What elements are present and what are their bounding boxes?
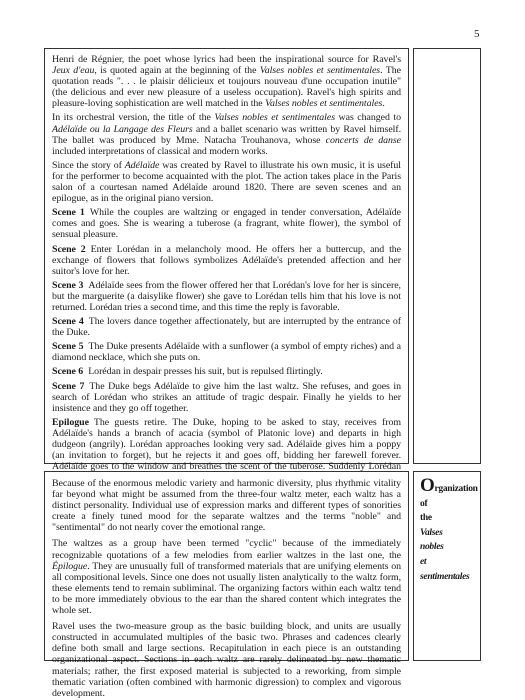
paragraph: Henri de Régnier, the poet whose lyrics … — [52, 54, 401, 109]
scene-text: While the couples are waltzing or engage… — [52, 207, 401, 240]
scene-item: Scene 7The Duke begs Adélaïde to give hi… — [52, 381, 401, 414]
text-run: Because of the enormous melodic variety … — [52, 478, 401, 533]
heading-line: of — [420, 497, 477, 512]
scene-item: Scene 5The Duke presents Adélaïde with a… — [52, 341, 401, 363]
scene-item: Scene 2Enter Lorédan in a melancholy moo… — [52, 244, 401, 277]
scene-text: The Duke begs Adélaïde to give him the l… — [52, 381, 401, 414]
italic-text: Valses nobles et sentimentales — [265, 98, 382, 109]
organization-heading: Organization of the Valses nobles et sen… — [420, 478, 477, 584]
text-run: Ravel uses the two-measure group as the … — [52, 621, 401, 699]
scene-text: The Duke presents Adélaïde with a sunflo… — [52, 341, 401, 363]
paragraph: Since the story of Adélaïde was created … — [52, 160, 401, 204]
scene-text: Enter Lorédan in a melancholy mood. He o… — [52, 244, 401, 277]
page-number: 5 — [474, 28, 480, 40]
sidebar-blank-box — [413, 48, 481, 464]
paragraph: Ravel uses the two-measure group as the … — [52, 621, 401, 699]
scene-item: Scene 4The lovers dance together affecti… — [52, 316, 401, 338]
scene-text: Lorédan in despair presses his suit, but… — [88, 366, 323, 377]
italic-text: Adélaïde — [125, 160, 160, 171]
text-run: . They are unusually full of transformed… — [52, 561, 401, 616]
heading-italic-line: sentimentales — [420, 570, 477, 585]
organization-sidebar-box: Organization of the Valses nobles et sen… — [413, 471, 481, 661]
italic-text: Valses nobles et sentimentales — [260, 65, 380, 76]
heading-italic-line: Valses — [420, 526, 477, 541]
heading-line: the — [420, 511, 477, 526]
text-run: , is quoted again at the beginning of th… — [94, 65, 259, 76]
text-run: In its orchestral version, the title of … — [52, 112, 214, 123]
heading-italic-line: et — [420, 555, 477, 570]
scene-label: Scene 4 — [52, 316, 84, 327]
text-run: The waltzes as a group have been termed … — [52, 538, 401, 560]
scene-label: Scene 5 — [52, 341, 83, 352]
italic-text: Adélaïde ou la Langage des Fleurs — [52, 124, 193, 135]
scene-text: Adélaïde sees from the flower offered he… — [52, 280, 401, 313]
text-run: included interpretations of classical an… — [52, 146, 268, 157]
italic-text: Épilogue — [52, 561, 87, 572]
paragraph: The waltzes as a group have been termed … — [52, 538, 401, 616]
heading-italic-line: nobles — [420, 540, 477, 555]
paragraph: Because of the enormous melodic variety … — [52, 478, 401, 533]
italic-text: concerts de danse — [326, 135, 401, 146]
story-intro: Henri de Régnier, the poet whose lyrics … — [52, 54, 401, 204]
italic-text: Jeux d'eau — [52, 65, 94, 76]
scene-item: Scene 1While the couples are waltzing or… — [52, 207, 401, 240]
organization-text-box: Because of the enormous melodic variety … — [44, 471, 409, 661]
heading-initial: O — [420, 475, 434, 496]
heading-first-word-rest: rganization — [434, 484, 477, 494]
scene-label: Scene 2 — [52, 244, 86, 255]
scene-label: Scene 3 — [52, 280, 83, 291]
paragraph: In its orchestral version, the title of … — [52, 112, 401, 156]
scene-label: Scene 7 — [52, 381, 84, 392]
text-run: Henri de Régnier, the poet whose lyrics … — [52, 54, 401, 65]
organization-paragraphs: Because of the enormous melodic variety … — [52, 478, 401, 699]
scene-item: Scene 3Adélaïde sees from the flower off… — [52, 280, 401, 313]
text-run: was changed to — [335, 112, 401, 123]
scene-item: Scene 6Lorédan in despair presses his su… — [52, 366, 401, 377]
scene-list: Scene 1While the couples are waltzing or… — [52, 207, 401, 508]
italic-text: Valses nobles et sentimentales — [214, 112, 335, 123]
scene-text: The lovers dance together affectionately… — [52, 316, 401, 338]
text-run: . — [382, 98, 384, 109]
scene-label: Scene 1 — [52, 207, 85, 218]
story-text-box: Henri de Régnier, the poet whose lyrics … — [44, 48, 409, 464]
scene-label: Epilogue — [52, 417, 89, 428]
scene-label: Scene 6 — [52, 366, 83, 377]
text-run: Since the story of — [52, 160, 125, 171]
